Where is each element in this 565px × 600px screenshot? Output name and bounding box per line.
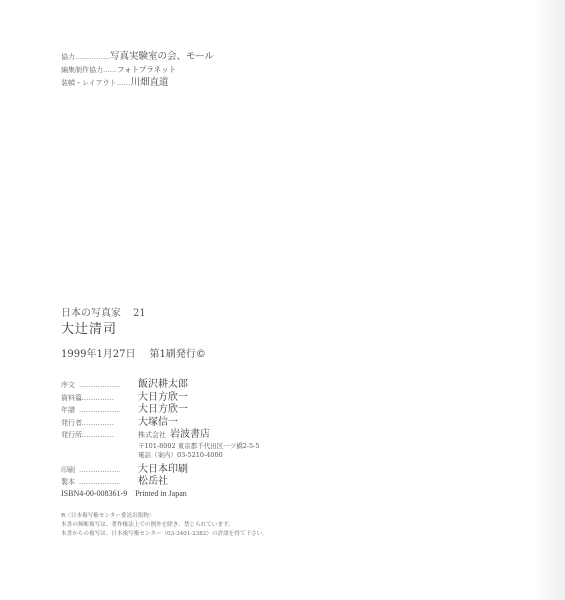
leader-dots: …………… [79,392,138,405]
colophon-label: 発行者 [61,417,79,430]
credit-value: 川畑直道 [130,76,168,89]
series-number: 21 [133,308,146,319]
colophon-row-chronology: 年譜 ……………… 大日方欣一 [61,404,260,417]
colophon-row-binding: 製本 ……………… 松岳社 [61,476,260,489]
note-line: R〈日本複写権センター委託出版物〉 [61,512,268,521]
colophon-row-publisher: 発行所 …………… 株式会社岩波書店 [61,429,260,442]
isbn-code: ISBN4-00-008361-9 [61,489,127,498]
copyright-notes: R〈日本複写権センター委託出版物〉 本書の無断複写は、著作権法上での例外を除き、… [61,512,268,539]
leader-dots: …………… [79,417,138,430]
colophon-row-printing: 印刷 ……………… 大日本印刷 [61,464,260,477]
colophon-label: 発行所 [61,429,79,442]
company-prefix: 株式会社 [138,431,166,439]
publication-date: 1999年1月27日 [61,349,136,360]
leader-dots: ……………… [79,379,138,392]
credit-row-cooperation: 協力 …………… 写真実験室の会、モール [61,50,214,63]
colophon-label: 年譜 [61,404,79,417]
leader-dots: ……………… [79,404,138,417]
colophon-value: 大日方欣一 [138,392,188,405]
note-line: 本書の無断複写は、著作権法上での例外を除き、禁じられています。 [61,521,268,530]
credit-row-design: 装幀・レイアウト …… 川畑直道 [61,76,214,89]
colophon-value: 株式会社岩波書店 [138,429,210,442]
leader-dots: …… [116,77,130,90]
note-line: 本書からの複写は、日本複写権センター（03-3401-2382）の許諾を得て下さ… [61,530,268,539]
credit-label: 編集制作協力 [61,64,103,77]
book-title-author: 大辻清司 [61,318,117,337]
credit-label: 協力 [61,51,75,64]
colophon-label: 序文 [61,379,79,392]
colophon-row-preface: 序文 ……………… 飯沢耕太郎 [61,379,260,392]
leader-dots: …………… [75,51,110,64]
colophon-value: 大塚信一 [138,417,178,430]
colophon-label: 製本 [61,476,79,489]
leader-dots: …… [103,64,117,77]
edition-label: 第1刷発行© [150,349,206,360]
series-title: 日本の写真家21 [61,304,146,319]
colophon-label: 資料篇 [61,392,79,405]
colophon-value: 大日方欣一 [138,404,188,417]
isbn-line: ISBN4-00-008361-9Printed in Japan [61,489,187,498]
publisher-postal-address: 〒101-8002 東京都千代田区一ツ橋2-5-5 [138,442,260,451]
credits-block: 協力 …………… 写真実験室の会、モール 編集制作協力 …… フォトプラネット … [61,50,214,89]
colophon-value: 松岳社 [138,476,168,489]
credit-value: 写真実験室の会、モール [110,50,214,63]
leader-dots: …………… [79,429,138,442]
credit-row-editorial: 編集制作協力 …… フォトプラネット [61,63,214,76]
credit-label: 装幀・レイアウト [61,77,116,90]
publication-date-line: 1999年1月27日第1刷発行© [61,345,206,360]
publisher-name: 岩波書店 [170,429,210,440]
colophon-value: 大日本印刷 [138,464,188,477]
printed-in: Printed in Japan [135,489,187,498]
page-edge-shadow [535,0,565,600]
colophon-row-materials: 資料篇 …………… 大日方欣一 [61,392,260,405]
colophon-block: 序文 ……………… 飯沢耕太郎 資料篇 …………… 大日方欣一 年譜 ……………… [61,379,260,489]
leader-dots: ……………… [79,464,138,477]
publisher-phone: 電話（案内）03-5210-4000 [138,451,260,460]
leader-dots: ……………… [79,476,138,489]
colophon-value: 飯沢耕太郎 [138,379,188,392]
credit-value: フォトプラネット [117,63,176,76]
colophon-row-publisher-person: 発行者 …………… 大塚信一 [61,417,260,430]
colophon-label: 印刷 [61,464,79,477]
